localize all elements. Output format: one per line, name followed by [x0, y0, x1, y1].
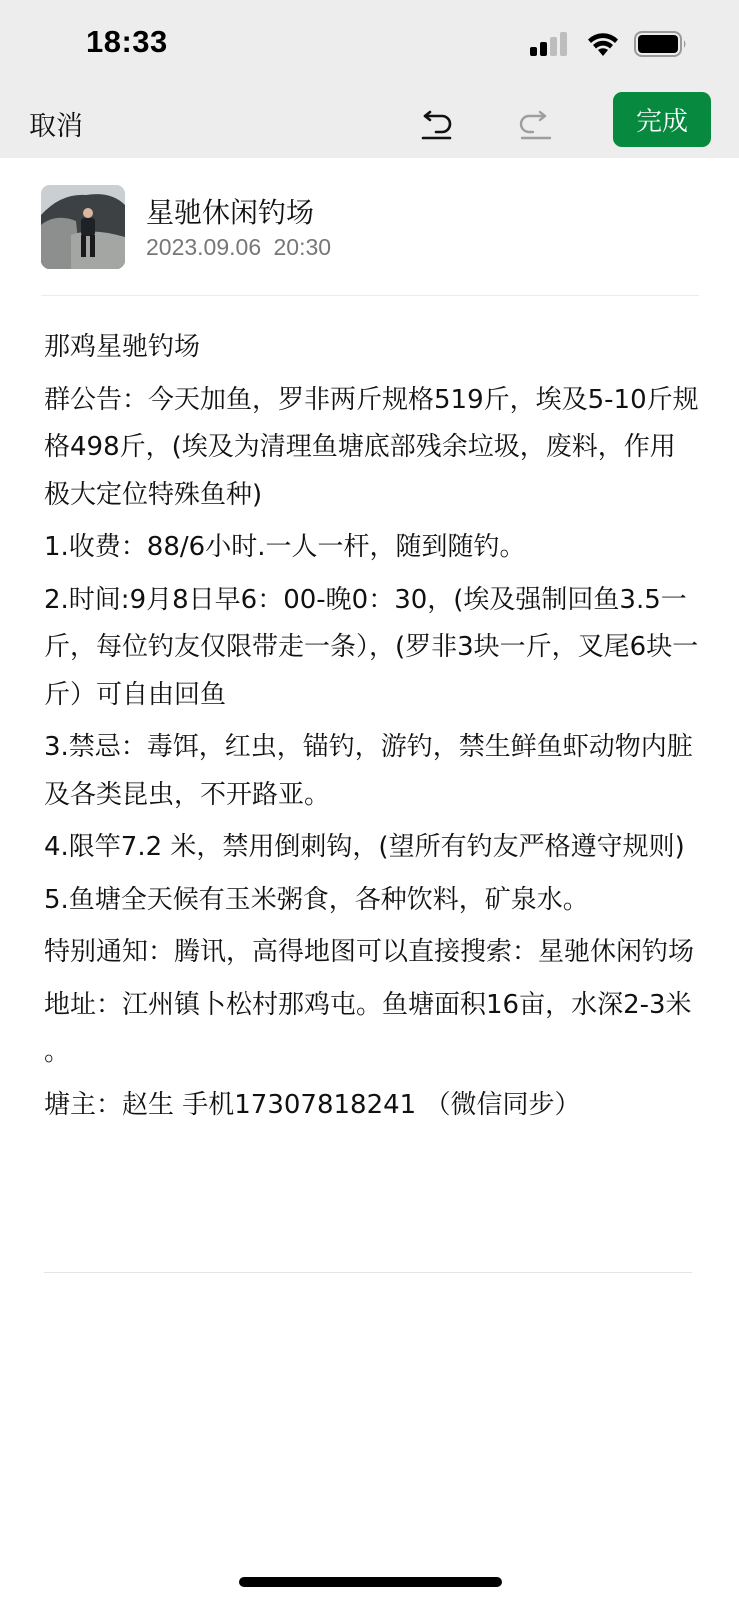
note-paragraph: 5.鱼塘全天候有玉米粥食，各种饮料，矿泉水。 — [44, 877, 699, 925]
wifi-icon — [586, 31, 620, 57]
cancel-button[interactable]: 取消 — [29, 104, 83, 143]
undo-icon — [420, 102, 460, 142]
note-paragraph: 塘主：赵生 手机17307818241 （微信同步） — [44, 1082, 699, 1130]
avatar[interactable] — [41, 185, 125, 269]
undo-button[interactable] — [420, 102, 460, 142]
note-paragraph: 群公告：今天加鱼，罗非两斤规格519斤，埃及5-10斤规格498斤，(埃及为清理… — [44, 377, 699, 520]
editor-toolbar: 取消 完成 — [0, 88, 739, 158]
note-paragraph: 2.时间:9月8日早6：00-晚0：30，(埃及强制回鱼3.5一斤，每位钓友仅限… — [44, 577, 699, 720]
top-bar: 18:33 取消 — [0, 0, 739, 158]
note-date: 2023.09.06 20:30 — [146, 234, 331, 261]
status-icons — [530, 30, 688, 58]
note-paragraph: 特别通知：腾讯，高得地图可以直接搜索：星驰休闲钓场 — [44, 929, 699, 977]
redo-icon — [516, 102, 556, 142]
avatar-photo-icon — [41, 185, 125, 269]
note-body[interactable]: 那鸡星驰钓场 群公告：今天加鱼，罗非两斤规格519斤，埃及5-10斤规格498斤… — [44, 324, 699, 1134]
header-divider — [41, 295, 699, 296]
battery-icon — [634, 31, 688, 57]
content-divider — [44, 1272, 692, 1273]
note-paragraph: 4.限竿7.2 米，禁用倒刺钩，(望所有钓友严格遵守规则) — [44, 824, 699, 872]
note-paragraph: 3.禁忌：毒饵，红虫，锚钓，游钓，禁生鲜鱼虾动物内脏及各类昆虫，不开路亚。 — [44, 724, 699, 819]
note-header: 星驰休闲钓场 2023.09.06 20:30 — [41, 185, 701, 269]
home-indicator[interactable] — [239, 1577, 502, 1587]
note-author: 星驰休闲钓场 — [146, 191, 314, 231]
status-time: 18:33 — [86, 24, 168, 60]
note-paragraph: 1.收费：88/6小时.一人一杆，随到随钓。 — [44, 524, 699, 572]
redo-button[interactable] — [516, 102, 556, 142]
cellular-signal-icon — [530, 32, 572, 56]
note-paragraph: 地址：江州镇卜松村那鸡屯。鱼塘面积16亩，水深2-3米 。 — [44, 982, 699, 1077]
done-button[interactable]: 完成 — [613, 92, 711, 147]
note-title-line: 那鸡星驰钓场 — [44, 324, 699, 372]
status-bar: 18:33 — [0, 0, 739, 88]
